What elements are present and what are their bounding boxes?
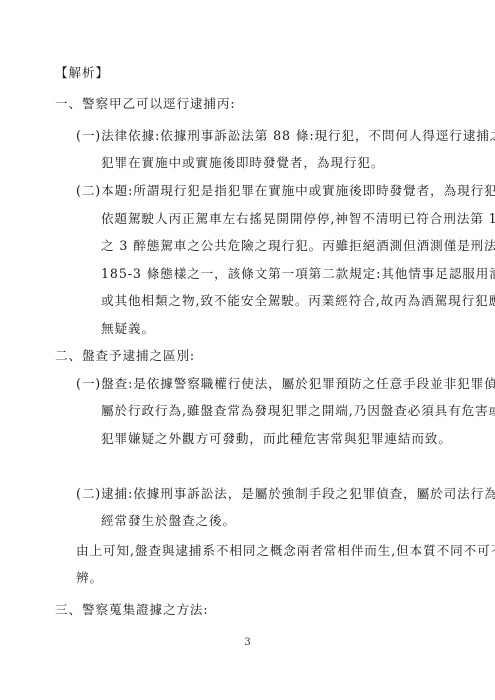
section-1-item-2-line-6: 無疑義。 [101, 321, 155, 337]
section-1-item-2-line-4: 185-3 條態樣之一，該條文第一項第二款規定:其他情事足認服用酒類 [101, 266, 495, 282]
section-2-item-1-line-1: (一)盤查:是依據警察職權行使法，屬於犯罪預防之任意手段並非犯罪偵查， [76, 376, 495, 392]
section-1-item-2-line-1: (二)本題:所謂現行犯是指犯罪在實施中或實施後即時發覺者，為現行犯。 [76, 183, 495, 199]
section-2-item-1-line-3: 犯罪嫌疑之外觀方可發動，而此種危害常與犯罪連結而致。 [101, 431, 452, 447]
section-1-item-1-line-1: (一)法律依據:依據刑事訴訟法第 88 條:現行犯，不問何人得逕行逮捕之。 [76, 128, 495, 144]
section-1-item-2-line-2: 依題駕駛人丙正駕車左右搖晃開開停停,神智不清明已符合刑法第 185 [101, 211, 495, 227]
section-1-item-2-line-3: 之 3 醉態駕車之公共危險之現行犯。丙雖拒絕酒測但酒測僅是刑法第 [101, 238, 495, 254]
section-2-item-2-line-2: 經常發生於盤查之後。 [101, 513, 236, 529]
section-1-item-1-line-2: 犯罪在實施中或實施後即時發覺者，為現行犯。 [101, 155, 384, 171]
section-1-title: 一、警察甲乙可以逕行逮捕丙: [55, 96, 236, 112]
document-page: 【解析】 一、警察甲乙可以逕行逮捕丙: (一)法律依據:依據刑事訴訟法第 88 … [0, 0, 495, 700]
section-2-item-2-line-1: (二)逮捕:依據刑事訴訟法，是屬於強制手段之犯罪偵查，屬於司法行為， [76, 486, 495, 502]
section-2-conclusion-line-2: 辨。 [76, 570, 103, 586]
section-2-conclusion-line-1: 由上可知,盤查與逮捕系不相同之概念兩者常相伴而生,但本質不同不可不 [76, 543, 495, 559]
section-1-item-2-line-5: 或其他相類之物,致不能安全駕駛。丙業經符合,故丙為酒駕現行犯應 [101, 293, 495, 309]
section-2-title: 二、盤查予逮捕之區別: [55, 348, 195, 364]
analysis-heading: 【解析】 [55, 65, 109, 81]
section-3-title: 三、警察蒐集證據之方法: [55, 602, 209, 618]
section-2-item-1-line-2: 屬於行政行為,雖盤查常為發現犯罪之開端,乃因盤查必須具有危害或 [101, 403, 495, 419]
page-number: 3 [0, 637, 495, 648]
